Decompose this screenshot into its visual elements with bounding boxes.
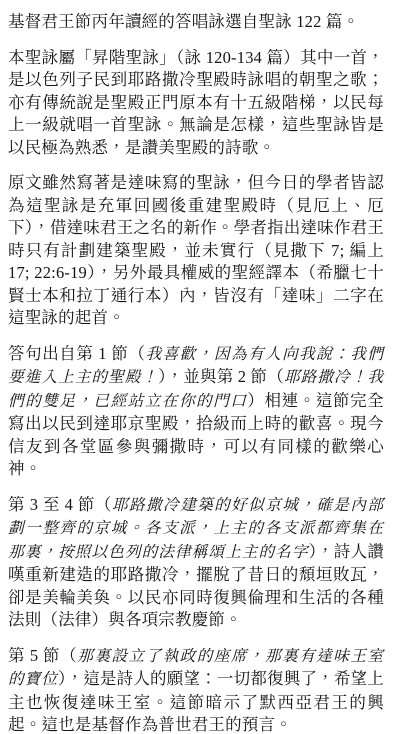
- paragraph-3: 原文雖然寫著是達味寫的聖詠，但今日的學者皆認為這聖詠是充軍回國後重建聖殿時（見厄…: [8, 172, 384, 330]
- text-run: ），這是詩人的願望：一切都復興了，希望上主也恢復達味王室。這節暗示了默西亞君王的…: [8, 669, 384, 734]
- text-run: 基督君王節丙年讀經的答唱詠選自聖詠 122 篇。: [8, 12, 359, 31]
- paragraph-5: 第 3 至 4 節（耶路撒冷建築的好似京城，確是內部劃一整齊的京城。各支派，上主…: [8, 494, 384, 632]
- paragraph-2: 本聖詠屬「昇階聖詠」（詠 120-134 篇）其中一首，是以色列子民到耶路撒冷聖…: [8, 47, 384, 160]
- text-run: 第 3 至 4 節（: [8, 495, 112, 514]
- text-run: 第 5 節（: [8, 646, 77, 665]
- paragraph-1: 基督君王節丙年讀經的答唱詠選自聖詠 122 篇。: [8, 11, 384, 34]
- text-run: ），並與第 2 節（: [158, 367, 284, 386]
- text-run: 答句出自第 1 節（: [8, 344, 146, 363]
- paragraph-6: 第 5 節（那裏設立了執政的座席，那裏有達味王室的寶位），這是詩人的願望：一切都…: [8, 645, 384, 734]
- text-run: 本聖詠屬「昇階聖詠」（詠 120-134 篇）其中一首，是以色列子民到耶路撒冷聖…: [8, 48, 384, 157]
- text-run: 原文雖然寫著是達味寫的聖詠，但今日的學者皆認為這聖詠是充軍回國後重建聖殿時（見厄…: [8, 173, 384, 327]
- page: { "page": { "background_color": "#ffffff…: [0, 0, 393, 734]
- paragraph-4: 答句出自第 1 節（我喜歡，因為有人向我說：我們要進入上主的聖殿！），並與第 2…: [8, 343, 384, 481]
- document-body: 基督君王節丙年讀經的答唱詠選自聖詠 122 篇。本聖詠屬「昇階聖詠」（詠 120…: [0, 0, 393, 734]
